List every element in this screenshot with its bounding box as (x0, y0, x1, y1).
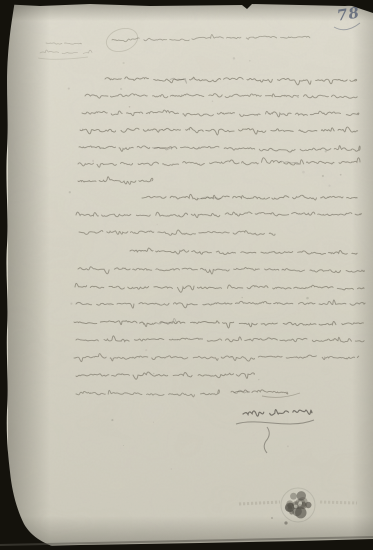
scanned-letter: 78 (0, 0, 373, 550)
page-number: 78 (336, 3, 361, 24)
manuscript-art (0, 0, 373, 550)
stamp-ink-dot (284, 521, 287, 524)
